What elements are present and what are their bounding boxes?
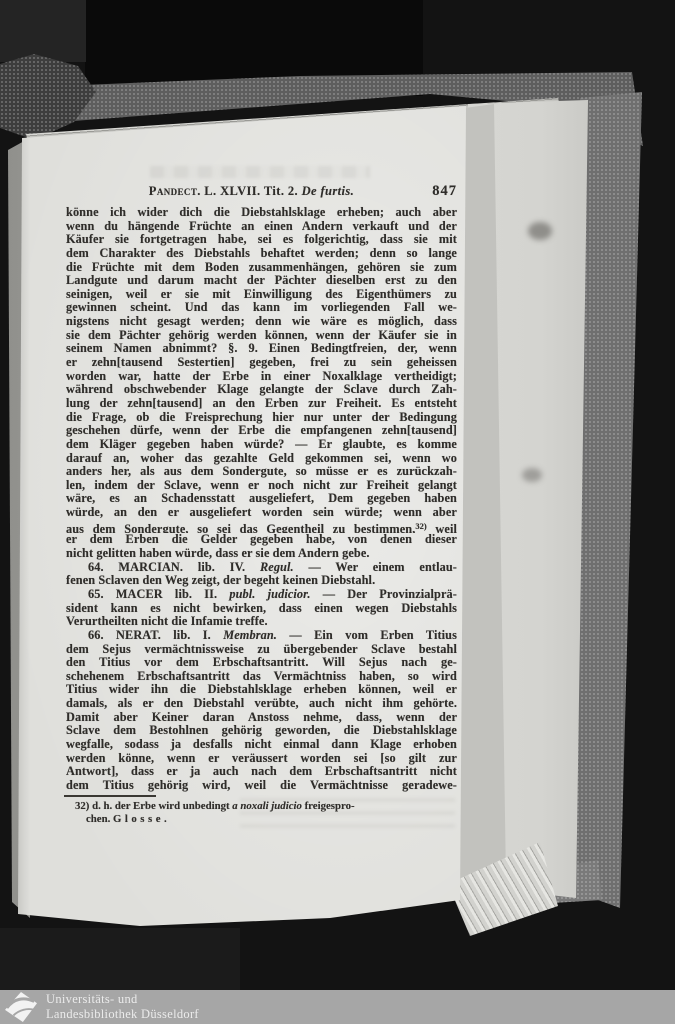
text-line: dem Kläger gegeben haben würde? — Er gla… (66, 438, 457, 452)
text-line: dem Charakter des Diebstahls behaftet we… (66, 247, 457, 261)
text-line: 66. NERAT. lib. I. Membran. — Ein vom Er… (66, 629, 457, 643)
library-logo-icon (2, 991, 40, 1023)
page-content: Pandect. L. XLVII. Tit. 2. De furtis. 84… (66, 184, 457, 827)
footnote-block: 32) d. h. der Erbe wird unbedingt a noxa… (66, 795, 457, 827)
page-body: könne ich wider dich die Diebstahlsklage… (66, 206, 457, 793)
text-line: Landgute und darum macht der Pächter die… (66, 274, 457, 288)
text-line: worden war, hatte der Erbe in einer Noxa… (66, 370, 457, 384)
page-number: 847 (432, 183, 457, 200)
text-line: fenen Sclaven den Weg zeigt, der begeht … (66, 574, 457, 588)
text-line: aus dem Sondergute, so sei das Gegenthei… (66, 520, 457, 534)
text-line: Titius wider ihn die Diebstahlsklage erh… (66, 683, 457, 697)
text-line: wegfalle, sodass ja desfalls nicht einma… (66, 738, 457, 752)
text-line: nicht gelitten haben würde, dass er sie … (66, 547, 457, 561)
text-line: darauf an, woher das gezahlte Geld gekom… (66, 452, 457, 466)
text-line: seinem Namen abnimmt? §. 9. Einen Beding… (66, 342, 457, 356)
background-shadow-top (85, 0, 423, 96)
text-line: sident kann es nicht bewirken, dass eine… (66, 602, 457, 616)
header-work-label: Pandect. (149, 184, 201, 198)
text-line: Käufer sie fortgetragen habe, sei es fol… (66, 233, 457, 247)
text-line: wenn du hängende Früchte an einen Andern… (66, 220, 457, 234)
text-line: die Frage, ob die Freisprechung hier nur… (66, 411, 457, 425)
text-line: len, indem der Sclave, wenn er noch nich… (66, 479, 457, 493)
library-name-line1: Universitäts- und (46, 992, 199, 1007)
text-line: den Titius vor dem Erbschaftsantritt. Wi… (66, 656, 457, 670)
text-line: chen. Glosse. (66, 813, 457, 827)
scanned-book-page: Pandect. L. XLVII. Tit. 2. De furtis. 84… (0, 0, 675, 1024)
text-line: er dem Erben die Gelder gegeben habe, vo… (66, 533, 457, 547)
text-line: schehenem Erbschaftsantritt das Vermächt… (66, 670, 457, 684)
footnote-lines: 32) d. h. der Erbe wird unbedingt a noxa… (66, 800, 457, 827)
text-line: nigstens nicht gesagt werden; denn wie w… (66, 315, 457, 329)
ink-bleed-through-top (150, 166, 370, 178)
text-line: Antwort], dass er ja auch nach dem Erbsc… (66, 765, 457, 779)
text-line: geschehen dürfe, wenn der Erbe die empfa… (66, 424, 457, 438)
text-line: Verurtheilten nicht die Infamie treffe. (66, 615, 457, 629)
text-line: damals, als er den Diebstahl verübte, au… (66, 697, 457, 711)
text-line: könne ich wider dich die Diebstahlsklage… (66, 206, 457, 220)
text-line: würde, an den er ausgeliefert worden sei… (66, 506, 457, 520)
text-line: werden könne, wenn er veräussert worden … (66, 752, 457, 766)
text-line: die Früchte mit dem Boden zusammenhängen… (66, 261, 457, 275)
library-footer-bar: Universitäts- und Landesbibliothek Düsse… (0, 990, 675, 1024)
text-line: er zehn[tausend Sestertien] gegeben, fre… (66, 356, 457, 370)
header-title-latin: De furtis. (302, 184, 355, 198)
text-line: lung der zehn[tausend] an den Erben zur … (66, 397, 457, 411)
footnote-separator-rule (64, 795, 156, 797)
text-line: 65. MACER lib. II. publ. judicior. — Der… (66, 588, 457, 602)
text-line: wäre, es an Schadensstatt ausgeliefert, … (66, 492, 457, 506)
library-name: Universitäts- und Landesbibliothek Düsse… (46, 992, 199, 1022)
text-line: sie dem Pächter gehörig werden können, w… (66, 329, 457, 343)
text-line: gewinnen scheint. Und das kann im vorlie… (66, 301, 457, 315)
page-stain (528, 222, 552, 240)
background-corner-top-left (0, 0, 86, 62)
library-name-line2: Landesbibliothek Düsseldorf (46, 1007, 199, 1022)
text-line: 64. MARCIAN. lib. IV. Regul. — Wer einem… (66, 561, 457, 575)
text-line: seinigen, weil er sie mit Einwilligung d… (66, 288, 457, 302)
running-header: Pandect. L. XLVII. Tit. 2. De furtis. 84… (66, 184, 457, 201)
page-stain (522, 468, 542, 482)
text-line: während obschwebender Klage gelangte der… (66, 383, 457, 397)
running-header-title: Pandect. L. XLVII. Tit. 2. De furtis. (56, 184, 447, 199)
text-line: anders her, als aus dem Sondergute, so m… (66, 465, 457, 479)
text-line: Sclave dem Bestohlnen gehörig geworden, … (66, 724, 457, 738)
text-line: dem Sejus vermächtnissweise zu übergeben… (66, 643, 457, 657)
header-citation: L. XLVII. Tit. 2. (204, 184, 298, 198)
background-corner-bottom-left (0, 928, 240, 990)
text-line: dem Titius gehörig wird, weil die Vermäc… (66, 779, 457, 793)
text-line: 32) d. h. der Erbe wird unbedingt a noxa… (66, 800, 457, 814)
text-line: Damit aber Keiner daran Anstoss nehme, d… (66, 711, 457, 725)
